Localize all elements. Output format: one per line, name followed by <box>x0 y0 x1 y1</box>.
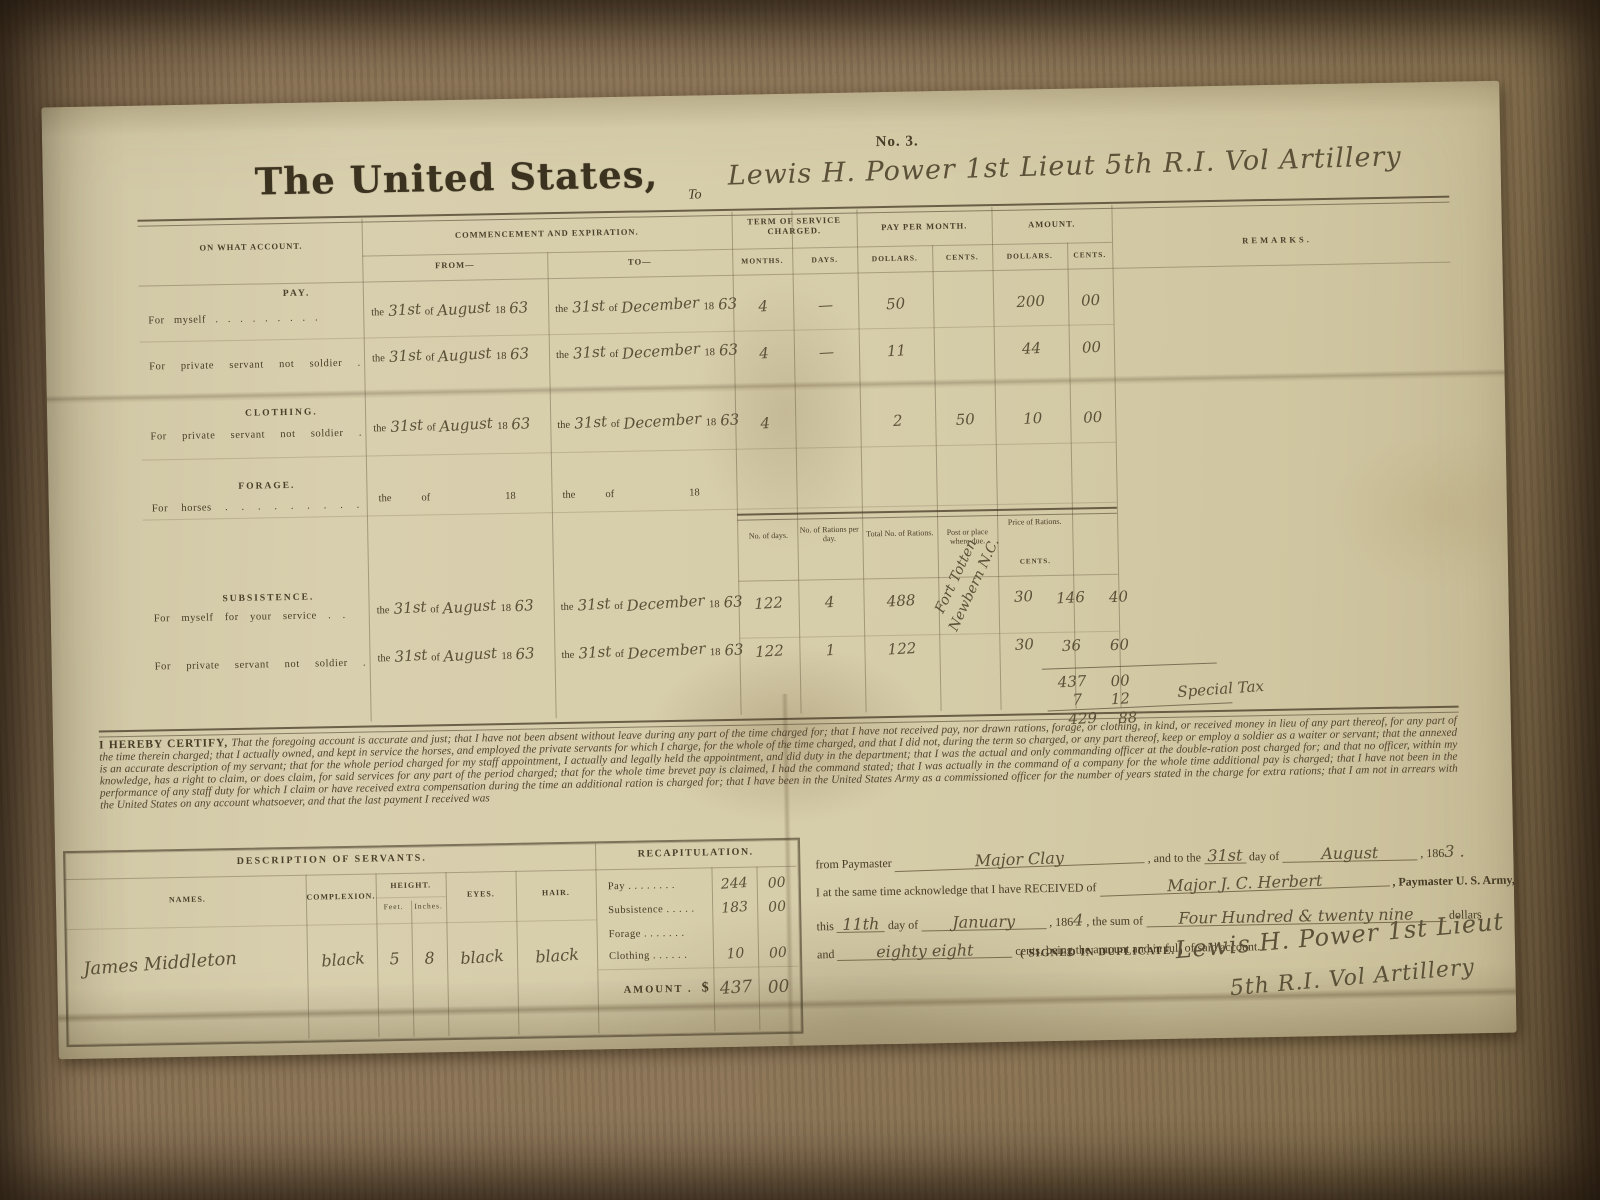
recap-pay-dollars: 244 <box>711 874 757 893</box>
recap-clothing-cents: 00 <box>758 944 799 963</box>
col-on-what-account: ON WHAT ACCOUNT. <box>144 240 358 254</box>
grid-line <box>856 210 866 713</box>
col-pay-cents: CENTS. <box>932 252 992 262</box>
col-height: HEIGHT. <box>376 880 446 890</box>
col-amount-dollars: DOLLARS. <box>992 251 1067 261</box>
sub-self-amt-dollars: 146 <box>1040 587 1101 608</box>
pay-self-from-date: the31stofAugust1863 <box>371 299 529 320</box>
grid-line <box>731 212 741 715</box>
row-pay-self-label: For myself . . . . . . . . . <box>148 312 318 326</box>
col-hair: HAIR. <box>516 887 596 897</box>
sub-servant-from-date: the31stofAugust1863 <box>377 644 535 665</box>
recap-dollar-sign: $ <box>702 980 709 996</box>
grid-line <box>140 324 1114 343</box>
sub-servant-amt-cents: 60 <box>1099 635 1140 655</box>
pay-servant-from-date: the31stofAugust1863 <box>372 345 530 366</box>
col-to: TO— <box>547 255 732 268</box>
receipt-year-handwritten: 4 <box>1073 910 1084 929</box>
recap-amount-dollars: 437 <box>713 976 759 999</box>
forage-to-date: theof18 <box>562 487 699 501</box>
clothing-pay-dollars: 2 <box>860 410 936 432</box>
grid-line <box>738 574 1118 582</box>
recap-row-subsistence-label: Subsistence . . . . . <box>608 904 695 917</box>
pay-self-amt-dollars: 200 <box>993 290 1069 312</box>
section-clothing: CLOTHING. <box>245 407 318 418</box>
deduction-note-handwritten: Special Tax <box>1177 677 1265 701</box>
col-pay-per-month: PAY PER MONTH. <box>857 220 992 232</box>
receipt-day-handwritten: 11th <box>837 917 885 933</box>
pay-self-pay-dollars: 50 <box>858 293 934 315</box>
recap-pay-cents: 00 <box>756 874 797 893</box>
col-amount: AMOUNT. <box>992 218 1112 230</box>
paying-officer-name-handwritten: Major J. C. Herbert <box>1099 871 1389 896</box>
col-no-of-days: No. of days. <box>740 531 796 541</box>
pay-servant-amt-dollars: 44 <box>994 337 1070 359</box>
row-sub-self-label: For myself for your service . . <box>154 610 346 625</box>
col-price-cents-unit: CENTS. <box>1000 557 1071 566</box>
col-days: DAYS. <box>792 255 857 265</box>
col-pay-dollars: DOLLARS. <box>857 253 932 263</box>
row-pay-servant-label: For private servant not soldier . <box>149 358 361 373</box>
grid-line <box>361 219 371 722</box>
sub-servant-amt-dollars: 36 <box>1041 635 1102 656</box>
grid-line <box>142 442 1116 461</box>
horizontal-fold-crease <box>47 369 1505 405</box>
recap-amount-cents: 00 <box>758 976 799 999</box>
to-month-handwritten: August <box>1282 845 1417 862</box>
clothing-to-date: the31stofDecember1863 <box>557 411 739 432</box>
to-day-handwritten: 31st <box>1204 848 1246 864</box>
section-subsistence: SUBSISTENCE. <box>222 593 314 605</box>
servant-feet-handwritten: 5 <box>376 948 412 969</box>
sub-servant-per-day: 1 <box>799 639 862 660</box>
section-pay: PAY. <box>283 289 311 300</box>
grid-line <box>139 262 1451 287</box>
clothing-amt-cents: 00 <box>1070 407 1116 427</box>
servant-complexion-handwritten: black <box>314 948 371 971</box>
recap-subsistence-dollars: 183 <box>712 898 758 917</box>
payee-name-handwritten: Lewis H. Power 1st Lieut 5th R.I. Vol Ar… <box>727 140 1438 191</box>
col-commencement-expiration: COMMENCEMENT AND EXPIRATION. <box>362 225 732 242</box>
sub-self-total-rations: 488 <box>863 590 939 612</box>
document-number: No. 3. <box>842 133 952 152</box>
sub-servant-days: 122 <box>739 641 800 662</box>
voucher-paper: No. 3. The United States, To Lewis H. Po… <box>41 81 1516 1060</box>
grid-line <box>547 252 557 718</box>
row-clothing-label: For private servant not soldier . <box>150 428 362 443</box>
col-complexion: COMPLEXION. <box>306 891 376 901</box>
forage-from-date: theof18 <box>379 491 516 505</box>
grid-line <box>1111 205 1121 708</box>
col-feet: Feet. <box>376 902 411 912</box>
sub-servant-to-date: the31stofDecember1863 <box>561 641 743 662</box>
col-remarks: REMARKS. <box>1112 232 1442 248</box>
sub-self-from-date: the31stofAugust1863 <box>376 596 534 617</box>
clothing-from-date: the31stofAugust1863 <box>373 415 531 436</box>
col-total-rations: Total No. of Rations. <box>864 528 935 538</box>
col-term-of-service: TERM OF SERVICE CHARGED. <box>734 215 855 237</box>
payment-line-2: I at the same time acknowledge that I ha… <box>816 872 1515 901</box>
section-forage: FORAGE. <box>238 481 295 492</box>
sub-self-days: 122 <box>738 593 799 614</box>
row-sub-servant-label: For private servant not soldier . <box>155 658 367 673</box>
to-label: To <box>688 187 702 203</box>
cents-in-words-handwritten: eighty eight <box>837 943 1012 961</box>
total-rule <box>1042 662 1217 669</box>
receipt-month-handwritten: January <box>921 914 1046 931</box>
servant-inches-handwritten: 8 <box>411 947 447 968</box>
recap-row-clothing-label: Clothing . . . . . . <box>609 950 687 962</box>
pay-self-amt-cents: 00 <box>1068 290 1114 310</box>
pay-servant-amt-cents: 00 <box>1069 337 1115 357</box>
clothing-months: 4 <box>735 413 796 434</box>
recap-subsistence-cents: 00 <box>757 898 798 917</box>
signed-in-duplicate-label: ( SIGNED IN DUPLICATE. ) <box>1020 945 1184 960</box>
servants-table-border <box>63 838 803 1047</box>
row-forage-label: For horses . . . . . . . . . <box>152 500 360 515</box>
pay-self-months: 4 <box>733 296 794 317</box>
subtotal-cents: 00 <box>1100 671 1141 691</box>
col-rations-per-day: No. of Rations per day. <box>799 525 859 544</box>
col-from: FROM— <box>362 258 547 271</box>
payment-line-1: from Paymaster Major Clay , and to the 3… <box>815 841 1465 872</box>
grid-line <box>791 211 801 714</box>
photograph-of-1863-army-pay-voucher: { "doc_no": "No. 3.", "header": { "title… <box>0 0 1600 1200</box>
recap-row-forage-label: Forage . . . . . . . <box>609 928 685 940</box>
col-eyes: EYES. <box>446 889 516 899</box>
grid-line <box>991 207 1001 710</box>
pay-servant-pay-dollars: 11 <box>859 340 935 362</box>
pay-servant-to-date: the31stofDecember1863 <box>556 341 738 362</box>
col-inches: Inches. <box>411 901 446 911</box>
col-amount-cents: CENTS. <box>1067 250 1112 260</box>
recap-clothing-dollars: 10 <box>713 944 759 963</box>
sub-self-per-day: 4 <box>798 591 861 612</box>
sub-self-to-date: the31stofDecember1863 <box>560 593 742 614</box>
col-months: MONTHS. <box>732 256 792 266</box>
recap-row-pay-label: Pay . . . . . . . . <box>608 880 675 892</box>
pay-servant-months: 4 <box>734 343 795 364</box>
pay-self-to-date: the31stofDecember1863 <box>555 295 737 316</box>
to-year-handwritten: 3 . <box>1444 841 1465 860</box>
signature-line-2: 5th R.I. Vol Artillery <box>1229 955 1476 1002</box>
clothing-amt-dollars: 10 <box>995 407 1071 429</box>
sub-self-amt-cents: 40 <box>1098 587 1139 607</box>
recap-amount-label: AMOUNT . <box>624 984 693 996</box>
pay-servant-days: — <box>794 341 860 362</box>
deduction-dollars: 7 <box>1052 689 1103 710</box>
page-title: The United States, <box>254 152 658 203</box>
clothing-pay-cents: 50 <box>935 409 996 430</box>
paymaster-name-handwritten: Major Clay <box>894 848 1144 872</box>
pay-self-days: — <box>793 294 859 315</box>
